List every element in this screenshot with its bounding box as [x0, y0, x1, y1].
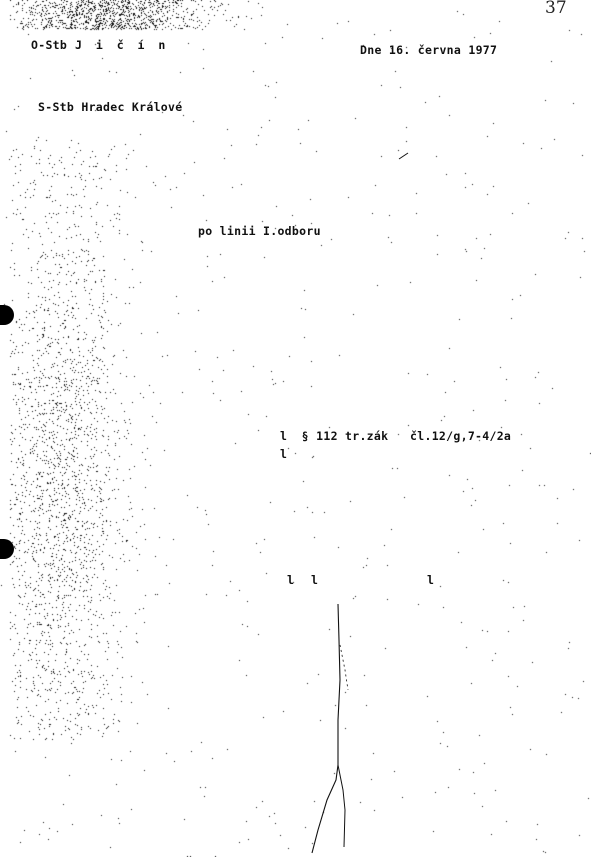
signature-stroke-right [338, 765, 345, 847]
scanned-document-page: 37 O-Stb J i č í n Dne 16. června 1977 S… [0, 0, 591, 857]
signature-stroke-left [312, 604, 340, 853]
pen-marks [0, 0, 591, 857]
pen-stroke-slash [399, 153, 408, 159]
signature-stroke-faint [340, 645, 348, 690]
